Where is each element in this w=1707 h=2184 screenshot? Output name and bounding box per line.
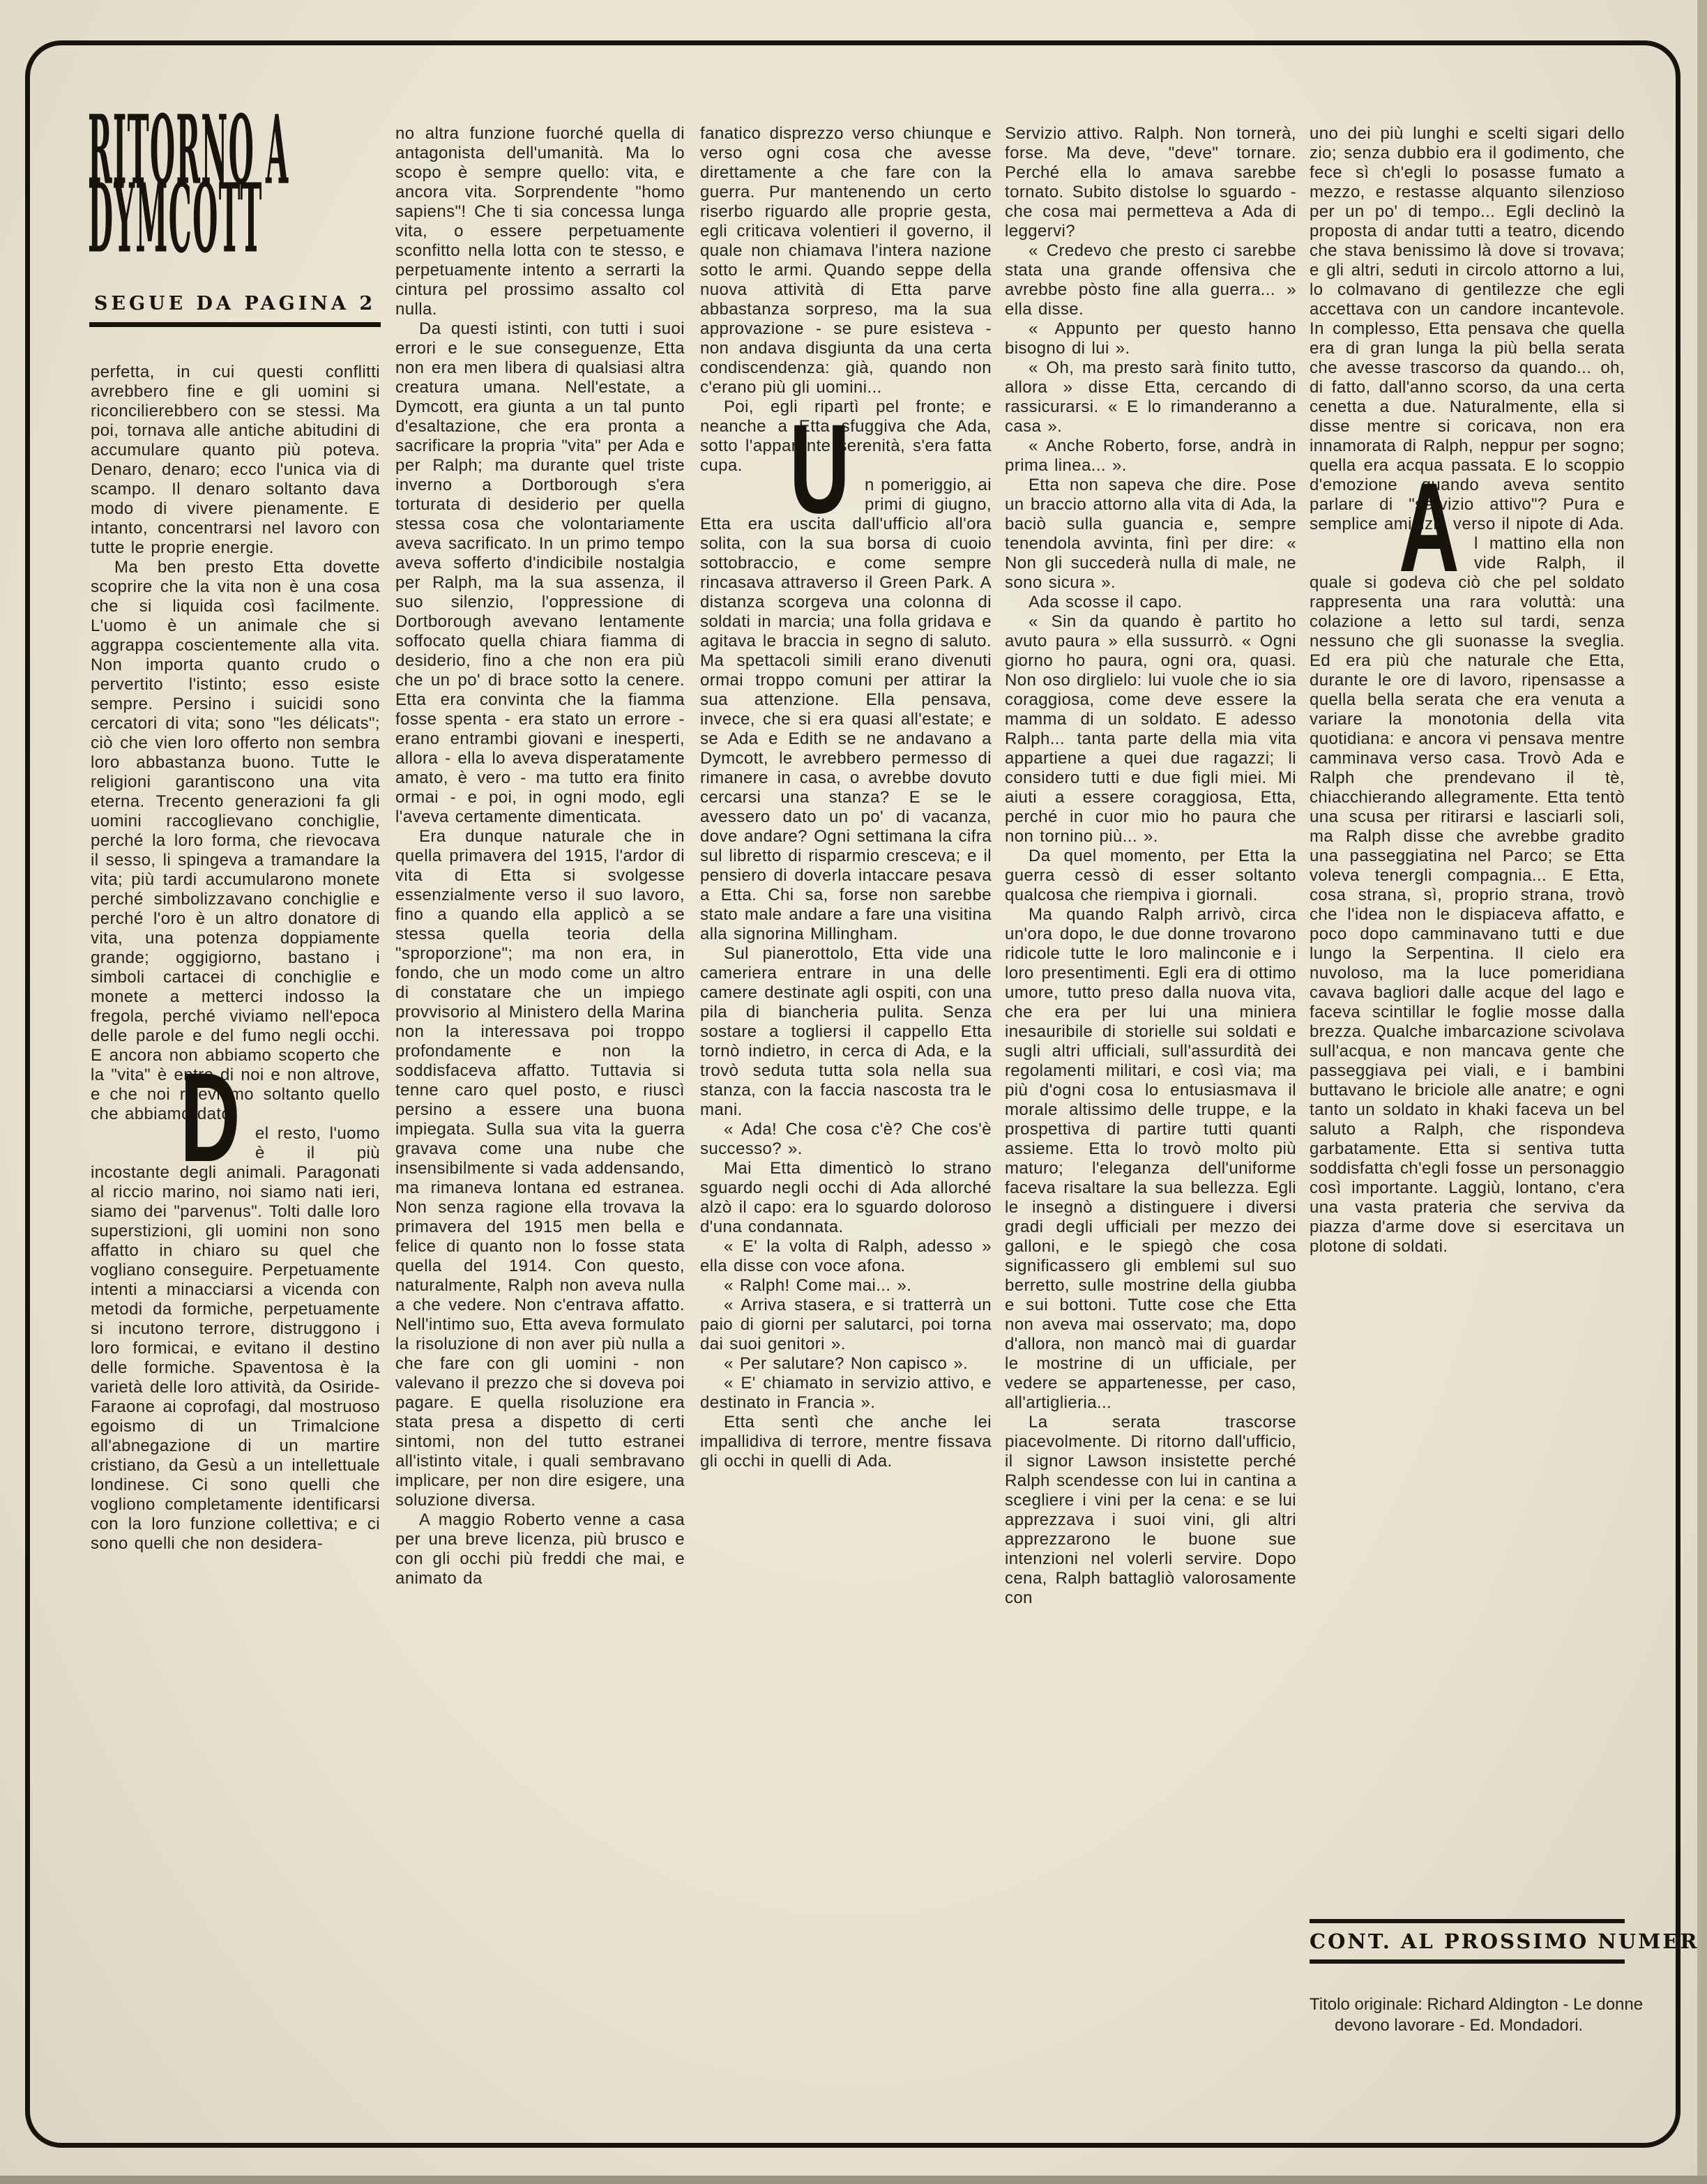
paragraph: Etta sentì che anche lei impallidiva di … <box>700 1413 992 1471</box>
paragraph: « Oh, ma presto sarà finito tutto, allor… <box>1005 358 1296 437</box>
paragraph: « Per salutare? Non capisco ». <box>700 1354 992 1374</box>
continued-from-kicker: SEGUE DA PAGINA 2 <box>89 293 381 314</box>
paragraph: « Appunto per questo hanno bisogno di lu… <box>1005 319 1296 358</box>
paragraph: A maggio Roberto venne a casa per una br… <box>395 1510 685 1588</box>
text-column-5: uno dei più lunghi e scelti sigari dello… <box>1310 124 1625 1257</box>
dropcap-paragraph: Al mattino ella non vide Ralph, il quale… <box>1310 534 1625 1257</box>
scan-edge-bottom <box>0 2176 1707 2184</box>
paragraph: « Anche Roberto, forse, andrà in prima l… <box>1005 437 1296 476</box>
paragraph: perfetta, in cui questi conflitti avrebb… <box>91 363 380 558</box>
paragraph: « Credevo che presto ci sarebbe stata un… <box>1005 241 1296 319</box>
dropcap-box: D <box>180 1124 244 1162</box>
text-column-1: perfetta, in cui questi conflitti avrebb… <box>91 363 380 1554</box>
paragraph: La serata trascorse piacevolmente. Di ri… <box>1005 1413 1296 1608</box>
dropcap-letter: A <box>1399 478 1459 576</box>
article-title: RITORNO A DYMCOTT <box>88 116 381 252</box>
dropcap-letter: D <box>180 1068 241 1166</box>
scan-edge-right <box>1697 0 1707 2184</box>
paragraph: « Sin da quando è partito ho avuto paura… <box>1005 612 1296 847</box>
dropcap-box: A <box>1399 534 1463 572</box>
text-column-2: no altra funzione fuorché quella di anta… <box>395 124 685 1588</box>
dropcap-paragraph: Un pomeriggio, ai primi di giugno, Etta … <box>700 476 992 944</box>
paragraph: Ma ben presto Etta dovette scoprire che … <box>91 558 380 1124</box>
paragraph: « E' la volta di Ralph, adesso » ella di… <box>700 1237 992 1276</box>
paragraph: « Ralph! Come mai... ». <box>700 1276 992 1296</box>
original-title-note: Titolo originale: Richard Aldington - Le… <box>1310 1994 1650 2036</box>
paragraph: Sul pianerottolo, Etta vide una camerier… <box>700 944 992 1120</box>
continuation-notice: CONT. AL PROSSIMO NUMERO <box>1310 1919 1625 1964</box>
paragraph: Ada scosse il capo. <box>1005 593 1296 612</box>
dropcap-letter: U <box>789 420 850 517</box>
title-line-2: DYMCOTT <box>88 181 185 255</box>
paragraph: Etta non sapeva che dire. Pose un bracci… <box>1005 476 1296 593</box>
magazine-page: { "header": { "title_line1": "RITORNO A"… <box>0 0 1707 2184</box>
paragraph: no altra funzione fuorché quella di anta… <box>395 124 685 319</box>
paragraph: Ma quando Ralph arrivò, circa un'ora dop… <box>1005 905 1296 1413</box>
paragraph: Era dunque naturale che in quella primav… <box>395 827 685 1510</box>
text-column-4: Servizio attivo. Ralph. Non tornerà, for… <box>1005 124 1296 1608</box>
text-column-3: fanatico disprezzo verso chiunque e vers… <box>700 124 992 1471</box>
paragraph: « Arriva stasera, e si tratterrà un paio… <box>700 1296 992 1354</box>
paragraph: Servizio attivo. Ralph. Non tornerà, for… <box>1005 124 1296 241</box>
dropcap-box: U <box>789 476 853 513</box>
kicker-rule <box>89 322 381 327</box>
paragraph: Mai Etta dimenticò lo strano sguardo neg… <box>700 1159 992 1237</box>
paragraph: fanatico disprezzo verso chiunque e vers… <box>700 124 992 397</box>
paragraph: Da quel momento, per Etta la guerra cess… <box>1005 847 1296 905</box>
paragraph: « Ada! Che cosa c'è? Che cos'è successo?… <box>700 1120 992 1159</box>
paragraph: « E' chiamato in servizio attivo, e dest… <box>700 1374 992 1413</box>
paragraph: Da questi istinti, con tutti i suoi erro… <box>395 319 685 827</box>
paragraph: uno dei più lunghi e scelti sigari dello… <box>1310 124 1625 534</box>
dropcap-paragraph: Del resto, l'uomo è il più incostante de… <box>91 1124 380 1554</box>
